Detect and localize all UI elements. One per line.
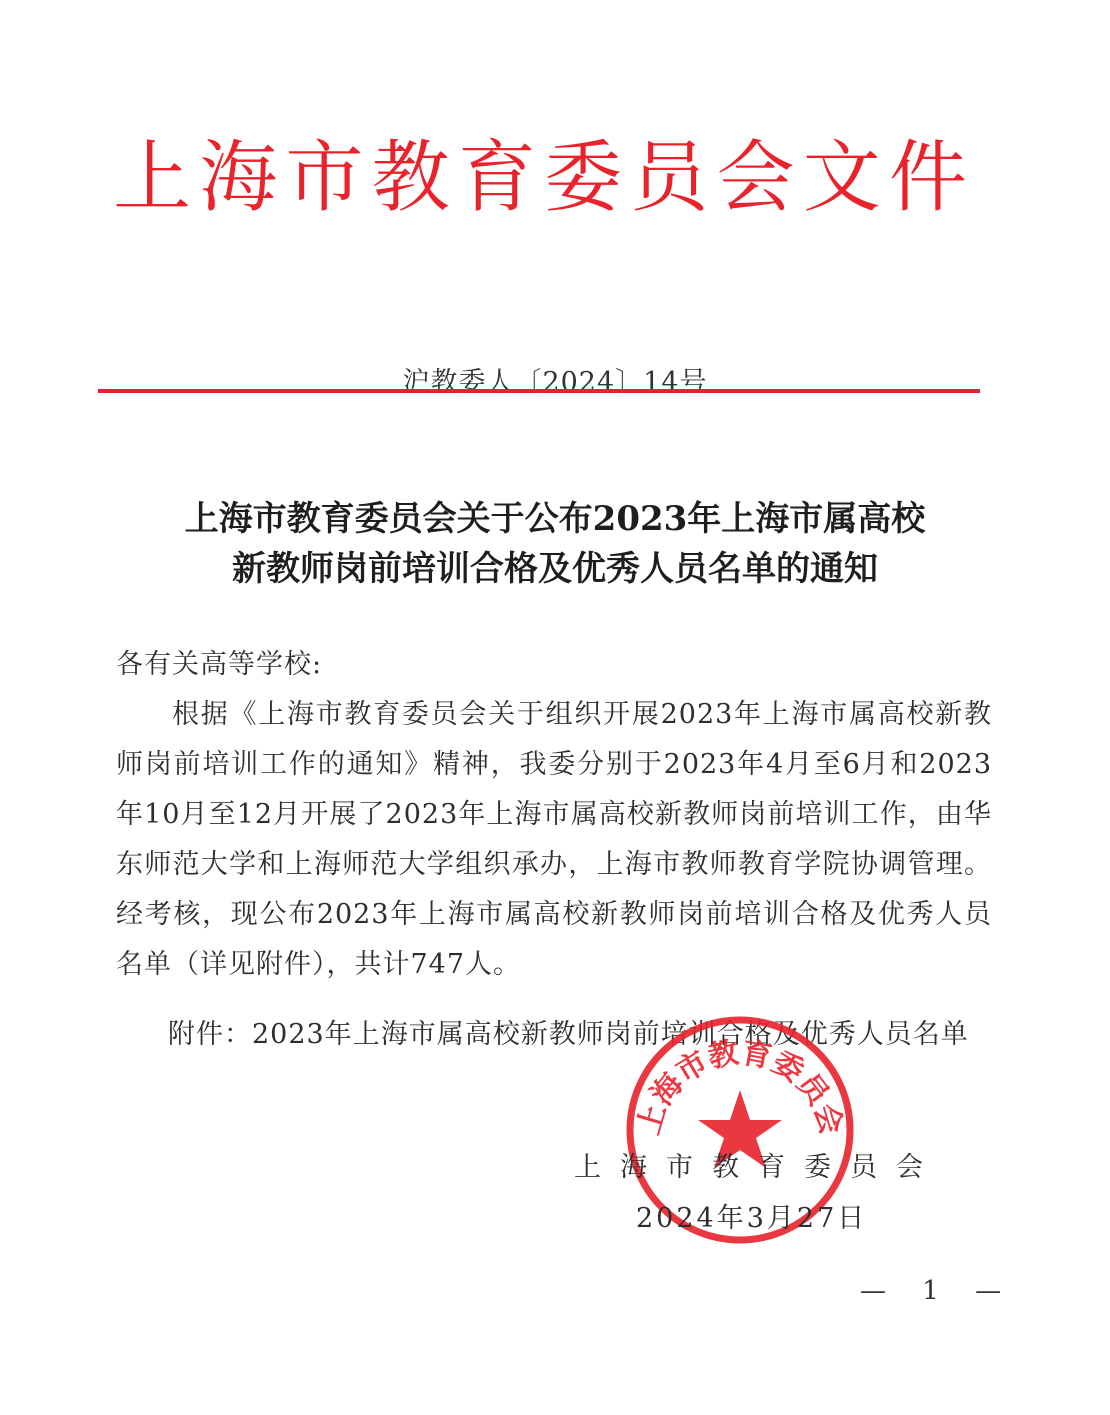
title-line-2: 新教师岗前培训合格及优秀人员名单的通知	[100, 544, 1010, 594]
masthead-char: 育	[455, 128, 539, 228]
document-number: 沪教委人〔2024〕14号	[0, 360, 1110, 399]
masthead-char: 海	[196, 128, 280, 228]
issue-date: 2024年3月27日	[636, 1196, 867, 1235]
body-paragraph: 根据《上海市教育委员会关于组织开展2023年上海市属高校新教师岗前培训工作的通知…	[116, 690, 992, 990]
salutation: 各有关高等学校:	[116, 640, 992, 690]
red-divider-line	[98, 389, 980, 393]
masthead-char: 件	[886, 128, 970, 228]
document-masthead: 上 海 市 教 育 委 员 会 文 件	[110, 128, 970, 228]
masthead-char: 委	[541, 128, 625, 228]
masthead-char: 市	[282, 128, 366, 228]
masthead-char: 上	[110, 128, 194, 228]
masthead-char: 员	[627, 128, 711, 228]
document-body: 各有关高等学校: 根据《上海市教育委员会关于组织开展2023年上海市属高校新教师…	[116, 640, 992, 990]
title-line-1: 上海市教育委员会关于公布2023年上海市属高校	[100, 494, 1010, 544]
page-number: — 1 —	[860, 1276, 1015, 1306]
masthead-char: 教	[369, 128, 453, 228]
issuer-name: 上海市教育委员会	[574, 1145, 942, 1184]
masthead-char: 会	[714, 128, 798, 228]
document-title: 上海市教育委员会关于公布2023年上海市属高校 新教师岗前培训合格及优秀人员名单…	[100, 494, 1010, 594]
masthead-char: 文	[800, 128, 884, 228]
